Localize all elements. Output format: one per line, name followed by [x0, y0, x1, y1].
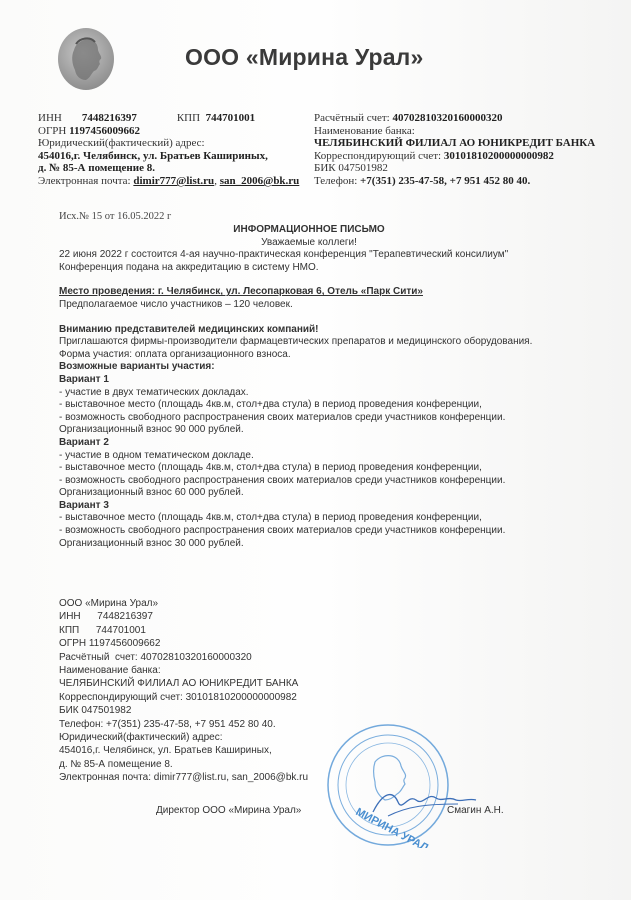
director-title: Директор ООО «Мирина Урал»	[156, 805, 301, 816]
footer-line: Телефон: +7(351) 235-47-58, +7 951 452 8…	[59, 718, 308, 731]
participation-form: Форма участия: оплата организационного в…	[59, 349, 619, 362]
address-line2: д. № 85-А помещение 8.	[38, 162, 155, 174]
phone-label: Телефон:	[314, 175, 357, 187]
inn-label: ИНН	[38, 112, 62, 124]
company-title: ООО «Мирина Урал»	[185, 44, 424, 71]
footer-line: Электронная почта: dimir777@list.ru, san…	[59, 771, 308, 784]
option-2-item: - участие в одном тематическом докладе.	[59, 450, 619, 463]
ogrn-value: 1197456009662	[69, 125, 140, 137]
address-line1: 454016,г. Челябинск, ул. Братьев Каширин…	[38, 150, 268, 162]
kpp-label: КПП	[177, 112, 200, 124]
account-label: Расчётный счет:	[314, 112, 390, 124]
email-link-1[interactable]: dimir777@list.ru	[133, 175, 214, 187]
phone-value: +7(351) 235-47-58, +7 951 452 80 40.	[360, 175, 530, 187]
greeting: Уважаемые коллеги!	[59, 237, 559, 250]
ogrn-label: ОГРН	[38, 125, 66, 137]
footer-line: Наименование банка:	[59, 664, 308, 677]
requisites-left: ИНН7448216397КПП 744701001 ОГРН 11974560…	[38, 112, 299, 188]
corr-value: 30101810200000000982	[444, 150, 554, 162]
footer-line: Расчётный счет: 40702810320160000320	[59, 651, 308, 664]
footer-requisites: ООО «Мирина Урал» ИНН 7448216397 КПП 744…	[59, 597, 308, 785]
footer-line: д. № 85-А помещение 8.	[59, 758, 308, 771]
option-2-title: Вариант 2	[59, 437, 619, 450]
requisites-right: Расчётный счет: 40702810320160000320 Наи…	[314, 112, 595, 188]
venue: Место проведения: г. Челябинск, ул. Лесо…	[59, 286, 619, 299]
option-1-title: Вариант 1	[59, 374, 619, 387]
participants: Предполагаемое число участников – 120 че…	[59, 299, 619, 312]
letter-body: ИНФОРМАЦИОННОЕ ПИСЬМО Уважаемые коллеги!…	[59, 224, 619, 550]
address-label: Юридический(фактический) адрес:	[38, 137, 299, 150]
bank-label: Наименование банка:	[314, 125, 595, 138]
option-2-item: - выставочное место (площадь 4кв.м, стол…	[59, 462, 619, 475]
footer-line: БИК 047501982	[59, 704, 308, 717]
footer-line: Юридический(фактический) адрес:	[59, 731, 308, 744]
option-2-fee: Организационный взнос 60 000 рублей.	[59, 487, 619, 500]
footer-line: КПП 744701001	[59, 624, 308, 637]
footer-line: Корреспондирующий счет: 3010181020000000…	[59, 691, 308, 704]
kpp-value: 744701001	[206, 112, 256, 124]
bik: БИК 047501982	[314, 162, 595, 175]
signer-name: Смагин А.Н.	[447, 805, 504, 816]
options-heading: Возможные варианты участия:	[59, 361, 619, 374]
option-1-item: - возможность свободного распространения…	[59, 412, 619, 425]
bank-name: ЧЕЛЯБИНСКИЙ ФИЛИАЛ АО ЮНИКРЕДИТ БАНКА	[314, 137, 595, 149]
invite-text: Приглашаются фирмы-производители фармаце…	[59, 336, 619, 349]
option-2-item: - возможность свободного распространения…	[59, 475, 619, 488]
email-label: Электронная почта:	[38, 175, 131, 187]
letter-title: ИНФОРМАЦИОННОЕ ПИСЬМО	[59, 224, 559, 237]
footer-line: ООО «Мирина Урал»	[59, 597, 308, 610]
coin-profile-logo-icon	[58, 28, 114, 90]
option-3-title: Вариант 3	[59, 500, 619, 513]
footer-line: ОГРН 1197456009662	[59, 637, 308, 650]
signature-icon	[368, 782, 478, 822]
option-1-item: - участие в двух тематических докладах.	[59, 387, 619, 400]
account-value: 40702810320160000320	[393, 112, 503, 124]
option-3-item: - выставочное место (площадь 4кв.м, стол…	[59, 512, 619, 525]
footer-line: ИНН 7448216397	[59, 610, 308, 623]
option-3-item: - возможность свободного распространения…	[59, 525, 619, 538]
footer-line: 454016,г. Челябинск, ул. Братьев Каширин…	[59, 744, 308, 757]
option-3-fee: Организационный взнос 30 000 рублей.	[59, 538, 619, 551]
email-link-2[interactable]: san_2006@bk.ru	[220, 175, 300, 187]
letter-page: ООО «Мирина Урал» ИНН7448216397КПП 74470…	[0, 0, 631, 900]
footer-line: ЧЕЛЯБИНСКИЙ ФИЛИАЛ АО ЮНИКРЕДИТ БАНКА	[59, 677, 308, 690]
attention-heading: Вниманию представителей медицинских комп…	[59, 324, 619, 337]
reference-number: Исх.№ 15 от 16.05.2022 г	[59, 211, 171, 222]
intro-line-1: 22 июня 2022 г состоится 4-ая научно-пра…	[59, 249, 619, 262]
corr-label: Корреспондирующий счет:	[314, 150, 441, 162]
option-1-item: - выставочное место (площадь 4кв.м, стол…	[59, 399, 619, 412]
inn-value: 7448216397	[82, 112, 137, 124]
intro-line-2: Конференция подана на аккредитацию в сис…	[59, 262, 619, 275]
option-1-fee: Организационный взнос 90 000 рублей.	[59, 424, 619, 437]
